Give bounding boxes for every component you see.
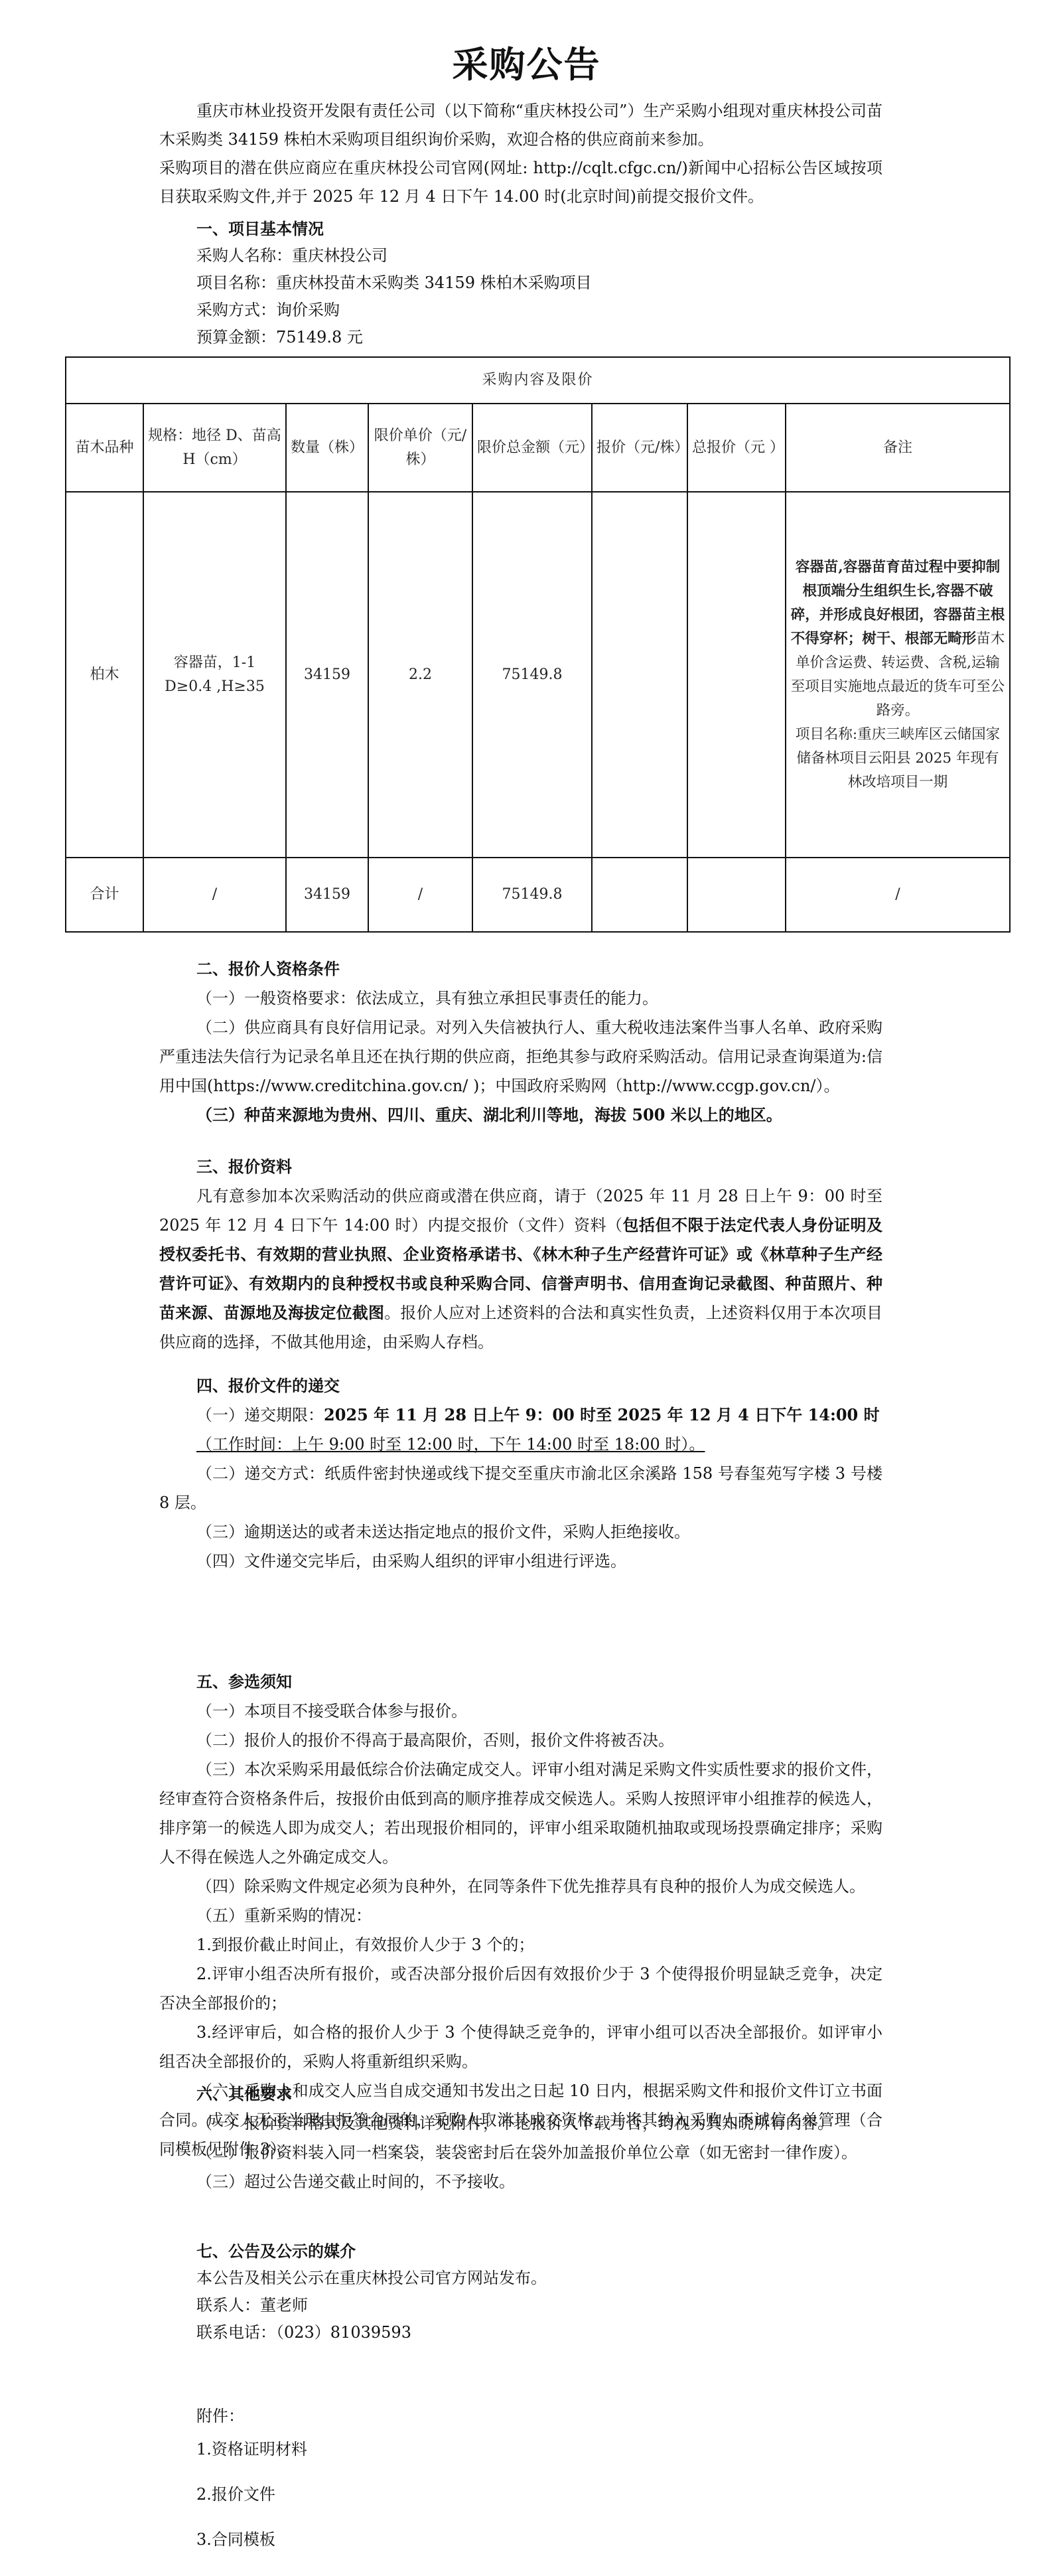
cell-species: 柏木 [66,492,143,858]
table-caption-row: 采购内容及限价 [66,357,1010,404]
document-title: 采购公告 [0,37,1053,88]
project-name-line: 项目名称：重庆林投苗木采购类 34159 株柏木采购项目 [159,269,882,297]
section-qualifications: 二、报价人资格条件 （一）一般资格要求：依法成立，具有独立承担民事责任的能力。 … [159,954,882,1130]
intro-paragraph-1: 重庆市林业投资开发限有责任公司（以下简称“重庆林投公司”）生产采购小组现对重庆林… [159,97,882,154]
header-species: 苗木品种 [66,404,143,492]
remark-requirements: 容器苗,容器苗育苗过程中要抑制根顶端分生组织生长,容器不破碎，并形成良好根团，容… [791,559,1005,647]
section-6-heading: 六、其他要求 [159,2080,882,2109]
header-total-quote: 总报价（元 ） [687,404,786,492]
header-total-limit: 限价总金额（元） [472,404,592,492]
cell-remark: 容器苗,容器苗育苗过程中要抑制根顶端分生组织生长,容器不破碎，并形成良好根团，容… [786,492,1010,858]
participation-item: （一）本项目不接受联合体参与报价。 [159,1697,882,1726]
attachment-link[interactable]: 2.报价文件 [196,2481,307,2526]
total-label: 合计 [66,858,143,932]
table-total-row: 合计 / 34159 / 75149.8 / [66,858,1010,932]
attachments: 附件： 1.资格证明材料 2.报价文件 3.合同模板 [196,2403,307,2571]
header-quantity: 数量（株） [286,404,368,492]
section-submission: 四、报价文件的递交 （一）递交期限：2025 年 11 月 28 日上午 9：0… [159,1371,882,1576]
procurement-announcement-page: 采购公告 重庆市林业投资开发限有责任公司（以下简称“重庆林投公司”）生产采购小组… [0,0,1053,2576]
participation-item: （三）本次采购采用最低综合价法确定成交人。评审小组对满足采购文件实质性要求的报价… [159,1755,882,1872]
intro-paragraph-2: 采购项目的潜在供应商应在重庆林投公司官网(网址: http://cqlt.cfg… [159,154,882,211]
purchaser-line: 采购人名称：重庆林投公司 [159,242,882,269]
contact-phone: 联系电话：（023）81039593 [159,2319,882,2346]
header-spec: 规格：地径 D、苗高 H（cm） [143,404,286,492]
cell-quote [592,492,687,858]
publish-note: 本公告及相关公示在重庆林投公司官方网站发布。 [159,2265,882,2292]
total-quantity: 34159 [286,858,368,932]
section-basic-info: 一、项目基本情况 采购人名称：重庆林投公司 项目名称：重庆林投苗木采购类 341… [159,215,882,351]
qualification-item: （三）种苗来源地为贵州、四川、重庆、湖北利川等地，海拔 500 米以上的地区。 [159,1100,882,1130]
requirement-item: （二）报价资料装入同一档案袋，装袋密封后在袋外加盖报价单位公章（如无密封一律作废… [159,2138,882,2167]
participation-item: （二）报价人的报价不得高于最高限价，否则，报价文件将被否决。 [159,1726,882,1755]
qualification-item: （一）一般资格要求：依法成立，具有独立承担民事责任的能力。 [159,984,882,1013]
section-quote-materials: 三、报价资料 凡有意参加本次采购活动的供应商或潜在供应商，请于（2025 年 1… [159,1181,882,1357]
requirement-item: （三）超过公告递交截止时间的，不予接收。 [159,2167,882,2196]
quote-materials-paragraph: 凡有意参加本次采购活动的供应商或潜在供应商，请于（2025 年 11 月 28 … [159,1181,882,1357]
budget-line: 预算金额：75149.8 元 [159,324,882,351]
table-row: 柏木 容器苗，1-1 D≥0.4 ,H≥35 34159 2.2 75149.8… [66,492,1010,858]
participation-item: （四）除采购文件规定必须为良种外，在同等条件下优先推荐具有良种的报价人为成交候选… [159,1872,882,1901]
header-remark: 备注 [786,404,1010,492]
submission-item: （三）逾期送达的或者未送达指定地点的报价文件，采购人拒绝接收。 [159,1517,882,1547]
requirement-item: （一）报价资料格式及其他资料详见附件，不论报价人下载与否，均视为其知晓所有内容。 [159,2109,882,2138]
section-media: 七、公告及公示的媒介 本公告及相关公示在重庆林投公司官方网站发布。 联系人：董老… [159,2237,882,2346]
participation-item: 1.到报价截止时间止，有效报价人少于 3 个的； [159,1930,882,1959]
header-quote: 报价（元/株） [592,404,687,492]
section-4-heading: 四、报价文件的递交 [159,1371,882,1401]
participation-item: 2.评审小组否决所有报价，或否决部分报价后因有效报价少于 3 个使得报价明显缺乏… [159,1959,882,2018]
deadline-label: （一）递交期限： [196,1406,324,1424]
participation-item: （五）重新采购的情况： [159,1901,882,1930]
deadline-value: 2025 年 11 月 28 日上午 9：00 时至 2025 年 12 月 4… [324,1405,880,1424]
table-header-row: 苗木品种 规格：地径 D、苗高 H（cm） 数量（株） 限价单价（元/株） 限价… [66,404,1010,492]
total-spec: / [143,858,286,932]
working-hours: （工作时间：上午 9:00 时至 12:00 时，下午 14:00 时至 18:… [159,1430,882,1459]
section-2-heading: 二、报价人资格条件 [159,954,882,984]
cell-total-limit: 75149.8 [472,492,592,858]
section-5-heading: 五、参选须知 [159,1667,882,1697]
submission-item: （四）文件递交完毕后，由采购人组织的评审小组进行评选。 [159,1547,882,1576]
total-unit-limit: / [368,858,472,932]
section-other-requirements: 六、其他要求 （一）报价资料格式及其他资料详见附件，不论报价人下载与否，均视为其… [159,2080,882,2196]
section-3-heading: 三、报价资料 [159,1152,882,1181]
cell-total-quote [687,492,786,858]
cell-unit-limit: 2.2 [368,492,472,858]
total-quote [592,858,687,932]
section-1-heading: 一、项目基本情况 [159,215,882,242]
section-7-heading: 七、公告及公示的媒介 [159,2237,882,2265]
header-unit-limit: 限价单价（元/株） [368,404,472,492]
attachment-link[interactable]: 1.资格证明材料 [196,2436,307,2481]
submission-deadline: （一）递交期限：2025 年 11 月 28 日上午 9：00 时至 2025 … [159,1401,882,1430]
attachment-link[interactable]: 3.合同模板 [196,2526,307,2571]
intro-section: 重庆市林业投资开发限有责任公司（以下简称“重庆林投公司”）生产采购小组现对重庆林… [159,97,882,211]
total-limit-amount: 75149.8 [472,858,592,932]
qualification-item: （二）供应商具有良好信用记录。对列入失信被执行人、重大税收违法案件当事人名单、政… [159,1013,882,1100]
table-caption: 采购内容及限价 [66,357,1010,404]
submission-item: （二）递交方式：纸质件密封快递或线下提交至重庆市渝北区余溪路 158 号春玺苑写… [159,1459,882,1517]
attachments-label: 附件： [196,2403,307,2436]
total-remark: / [786,858,1010,932]
procurement-table: 采购内容及限价 苗木品种 规格：地径 D、苗高 H（cm） 数量（株） 限价单价… [65,356,1011,933]
method-line: 采购方式：询价采购 [159,297,882,324]
contact-person: 联系人：董老师 [159,2292,882,2319]
total-total-quote [687,858,786,932]
participation-item: 3.经评审后，如合格的报价人少于 3 个使得缺乏竞争的，评审小组可以否决全部报价… [159,2018,882,2076]
cell-spec: 容器苗，1-1 D≥0.4 ,H≥35 [143,492,286,858]
remark-project: 项目名称:重庆三峡库区云储国家储备林项目云阳县 2025 年现有林改培项目一期 [796,726,1000,791]
cell-quantity: 34159 [286,492,368,858]
